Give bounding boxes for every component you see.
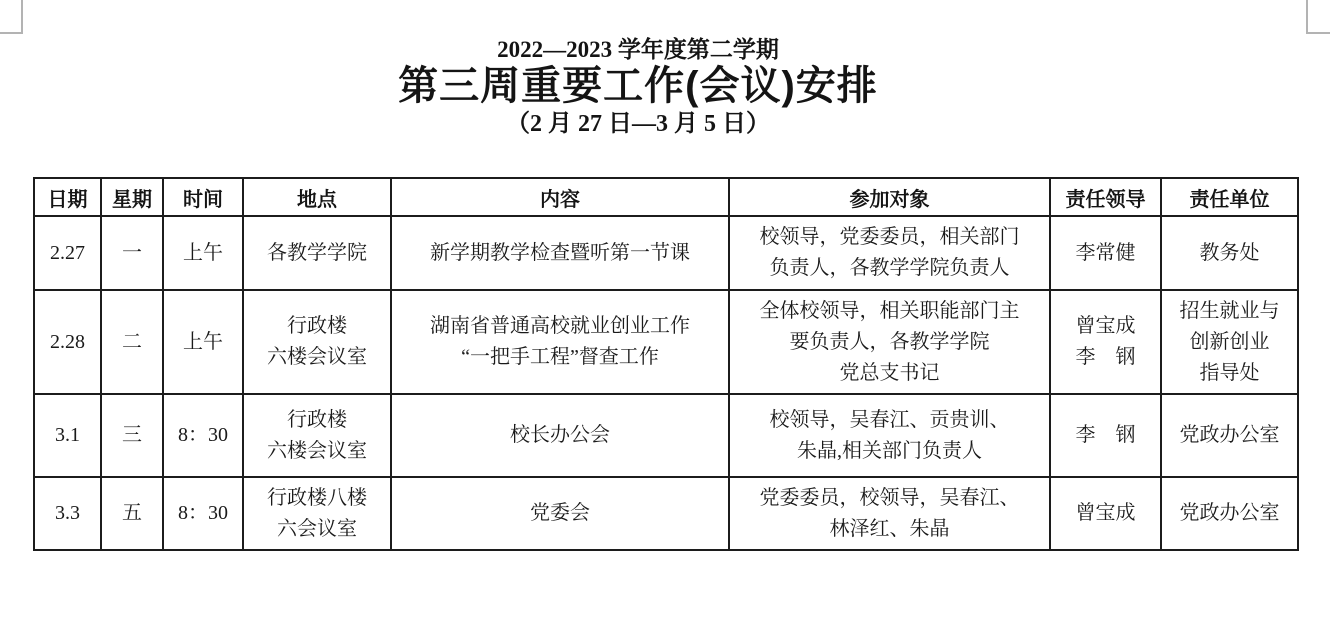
cell-participants: 全体校领导，相关职能部门主 要负责人，各教学学院 党总支书记 (729, 290, 1050, 394)
cell-content: 校长办公会 (391, 394, 729, 477)
semester-title: 2022—2023 学年度第二学期 (33, 36, 1243, 63)
cell-date: 3.3 (34, 477, 101, 550)
cell-unit: 党政办公室 (1161, 477, 1298, 550)
document-page: 2022—2023 学年度第二学期 第三周重要工作(会议)安排 （2 月 27 … (0, 0, 1330, 618)
cell-participants: 校领导，吴春江、贡贵训、 朱晶,相关部门负责人 (729, 394, 1050, 477)
cell-date: 2.27 (34, 216, 101, 290)
date-range: （2 月 27 日—3 月 5 日） (33, 109, 1243, 140)
cell-location: 行政楼 六楼会议室 (243, 290, 391, 394)
cell-weekday: 一 (101, 216, 163, 290)
cell-content: 党委会 (391, 477, 729, 550)
cell-leader: 曾宝成 李 钢 (1050, 290, 1161, 394)
cell-weekday: 三 (101, 394, 163, 477)
page-corner-mark (21, 0, 23, 33)
header-participants: 参加对象 (729, 178, 1050, 216)
cell-content: 新学期教学检查暨听第一节课 (391, 216, 729, 290)
cell-time: 8：30 (163, 477, 243, 550)
header-weekday: 星期 (101, 178, 163, 216)
header-row: 日期 星期 时间 地点 内容 参加对象 责任领导 责任单位 (34, 178, 1298, 216)
cell-content: 湖南省普通高校就业创业工作 “一把手工程”督查工作 (391, 290, 729, 394)
cell-leader: 李常健 (1050, 216, 1161, 290)
header-time: 时间 (163, 178, 243, 216)
cell-location: 各教学学院 (243, 216, 391, 290)
cell-location: 行政楼 六楼会议室 (243, 394, 391, 477)
page-title: 第三周重要工作(会议)安排 (33, 63, 1243, 109)
title-block: 2022—2023 学年度第二学期 第三周重要工作(会议)安排 （2 月 27 … (33, 36, 1243, 140)
cell-date: 2.28 (34, 290, 101, 394)
page-corner-mark (0, 32, 23, 34)
header-date: 日期 (34, 178, 101, 216)
header-location: 地点 (243, 178, 391, 216)
cell-participants: 党委委员，校领导，吴春江、 林泽红、朱晶 (729, 477, 1050, 550)
cell-unit: 教务处 (1161, 216, 1298, 290)
cell-leader: 李 钢 (1050, 394, 1161, 477)
cell-unit: 党政办公室 (1161, 394, 1298, 477)
cell-participants: 校领导，党委委员，相关部门 负责人，各教学学院负责人 (729, 216, 1050, 290)
cell-time: 上午 (163, 216, 243, 290)
cell-weekday: 二 (101, 290, 163, 394)
page-corner-mark (1306, 32, 1330, 34)
cell-unit: 招生就业与 创新创业 指导处 (1161, 290, 1298, 394)
page-corner-mark (1306, 0, 1308, 33)
header-leader: 责任领导 (1050, 178, 1161, 216)
table-row: 2.28 二 上午 行政楼 六楼会议室 湖南省普通高校就业创业工作 “一把手工程… (34, 290, 1298, 394)
cell-leader: 曾宝成 (1050, 477, 1161, 550)
table-row: 2.27 一 上午 各教学学院 新学期教学检查暨听第一节课 校领导，党委委员，相… (34, 216, 1298, 290)
table-row: 3.1 三 8：30 行政楼 六楼会议室 校长办公会 校领导，吴春江、贡贵训、 … (34, 394, 1298, 477)
header-content: 内容 (391, 178, 729, 216)
cell-weekday: 五 (101, 477, 163, 550)
schedule-table: 日期 星期 时间 地点 内容 参加对象 责任领导 责任单位 2.27 一 上午 … (33, 177, 1299, 551)
cell-time: 上午 (163, 290, 243, 394)
table-row: 3.3 五 8：30 行政楼八楼 六会议室 党委会 党委委员，校领导，吴春江、 … (34, 477, 1298, 550)
cell-date: 3.1 (34, 394, 101, 477)
cell-time: 8：30 (163, 394, 243, 477)
header-unit: 责任单位 (1161, 178, 1298, 216)
cell-location: 行政楼八楼 六会议室 (243, 477, 391, 550)
